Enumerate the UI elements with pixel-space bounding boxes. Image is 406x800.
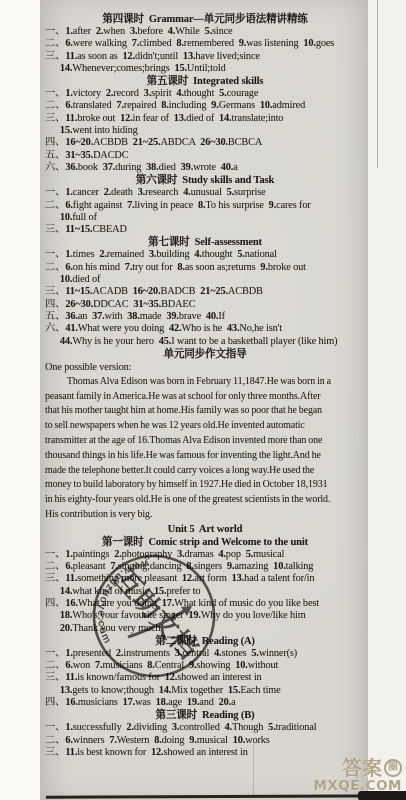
answer-line: 二、6.pleasant 7.singing;dancing 8.singers… [45,561,363,573]
answer-line: 一、1.after 2.when 3.before 4.While 5.sinc… [45,26,363,38]
answer-line: 四、16.musicians 17.was 18.age 19.and 20.a [45,697,363,709]
answer-line: 三、11.something more pleasant 12.art form… [45,573,363,585]
essay-line: in his eighty-four years old.He is one o… [45,493,363,508]
answer-line: 五、36.an 37.with 38.made 39.brave 40.If [45,311,363,323]
page-crease [377,0,378,168]
answer-line-continuation: 14.what kind of music 15.prefer to [45,586,363,598]
answer-line: 三、11~15.ACADB 16~20.BADCB 21~25.ACBDB [45,286,363,298]
answer-line-continuation: 44.Why is he your hero 45.I want to be a… [45,336,363,348]
answer-line: 六、36.book 37.during 38.died 39.wrote 40.… [45,162,363,174]
answer-line: 二、6.were walking 7.climbed 8.remembered … [45,38,363,50]
answer-line: 三、11.is known/famous for 12.showed an in… [45,672,363,684]
answer-line: 六、41.What were you doing 42.Who is he 43… [45,323,363,335]
essay-line: Thomas Alva Edison was born in February … [45,375,363,390]
essay-line: transmitter at the age of 16.Thomas Alva… [45,434,363,449]
photo-margin-left [0,0,40,800]
text-line: One possible version: [45,361,363,375]
section-heading: 第五课时 Integrated skills [46,75,364,88]
essay-line: thousand things in his life.He was famou… [45,449,363,464]
answer-line: 三、11.broke out 12.in fear of 13.died of … [45,113,363,125]
answer-line: 四、16.What are you doing 17.What kind of … [45,598,363,610]
answer-line: 四、16~20.ACBDB 21~25.ABDCA 26~30.BCBCA [45,137,363,149]
answer-line: 二、6.won 7.musicians 8.Central 9.showing … [45,660,363,672]
answer-line: 四、26~30.DDCAC 31~35.BDAEC [45,299,363,311]
book-page: 第四课时 Grammar—单元同步语法精讲精练一、1.after 2.when … [40,0,368,800]
answer-line-continuation: 15.went into hiding [45,125,363,137]
essay-line: His contribution is very big. [45,508,363,523]
section-heading: 第二课时 Reading (A) [46,635,364,648]
answer-line: 三、11.as soon as 12.didn't;until 13.have … [45,51,363,63]
section-heading: 第六课时 Study skills and Task [46,174,364,187]
answer-line: 二、6.translated 7.repaired 8.including 9.… [45,100,363,112]
daanquan-watermark: 答案 圈 MXQE.COM [314,758,403,794]
watermark-circle-icon: 圈 [384,759,402,777]
answer-line-continuation: 18.Who's your favourite singer 19.Why do… [45,610,363,622]
answer-line: 一、1.successfully 2.dividing 3.controlled… [45,722,363,734]
answer-line-continuation: 20.Thank you very much [45,623,363,635]
answer-line: 三、11~15.CBEAD [45,224,363,236]
answer-line: 一、1.times 2.remained 3.building 4.though… [45,249,363,261]
watermark-badge-glyph: 圈 [388,763,398,773]
section-heading: 第四课时 Grammar—单元同步语法精讲精练 [46,13,364,26]
answer-line-continuation: 10.full of [45,212,363,224]
page-content: 第四课时 Grammar—单元同步语法精讲精练一、1.after 2.when … [40,0,369,759]
answer-line-continuation: 14.Whenever;comes;brings 15.Until;told [45,63,363,75]
essay-line: money to build laboratory by himself in … [45,478,363,493]
answer-line: 二、6.on his mind 7.try out for 8.as soon … [45,262,363,274]
answer-line-continuation: 10.died of [45,274,363,286]
photographed-answer-page: 第四课时 Grammar—单元同步语法精讲精练一、1.after 2.when … [0,0,406,800]
answer-line: 五、31~35.DACDC [45,150,363,162]
answer-line: 一、1.victory 2.record 3.spirit 4.thought … [45,88,363,100]
section-heading: 单元同步作文指导 [46,348,364,361]
page-crease [253,738,254,796]
watermark-site-text: MXQE.COM [314,779,403,794]
essay-line: that his mother taught him at home.His f… [45,404,363,419]
watermark-brand-text: 答案 [342,758,382,778]
answer-line: 二、6.fight against 7.living in peace 8.To… [45,200,363,212]
answer-line: 一、1.cancer 2.death 3.research 4.unusual … [45,187,363,199]
answer-line-continuation: 13.gets to know;though 14.Mix together 1… [45,685,363,697]
answer-line: 二、6.winners 7.Western 8.doing 9.musical … [45,735,363,747]
essay-line: made the telephone better.It could carry… [45,464,363,479]
section-heading: 第三课时 Reading (B) [46,709,364,722]
answer-line: 一、1.presented 2.instruments 3.central 4.… [45,648,363,660]
section-heading: 第七课时 Self-assessment [46,236,364,249]
essay-line: to sell newspapers when he was 12 years … [45,419,363,434]
answer-line: 一、1.paintings 2.photography 3.dramas 4.p… [45,549,363,561]
photo-margin-right [368,0,406,800]
section-heading: 第一课时 Comic strip and Welcome to the unit [46,536,364,549]
section-heading: Unit 5 Art world [46,523,364,536]
essay-line: peasant family in America.He was at scho… [45,390,363,405]
